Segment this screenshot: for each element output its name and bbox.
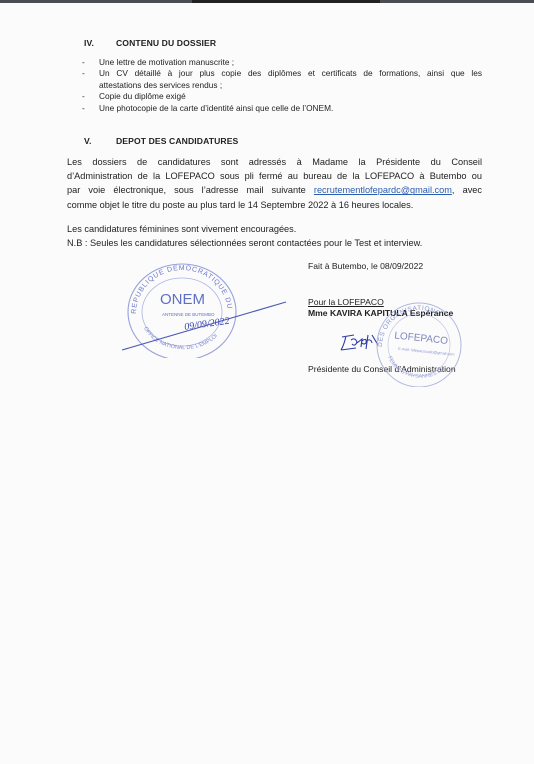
list-item: - Un CV détaillé à jour plus copie des d… xyxy=(82,68,482,91)
list-item: - Une lettre de motivation manuscrite ; xyxy=(82,57,482,68)
svg-text:ONEM: ONEM xyxy=(160,291,205,308)
email-link[interactable]: recrutementlofepardc@gmail.com xyxy=(314,185,452,195)
dossier-contents-list: - Une lettre de motivation manuscrite ; … xyxy=(82,57,482,114)
section-iv-title: CONTENU DU DOSSIER xyxy=(116,38,216,48)
section-v-heading: V.DEPOT DES CANDIDATURES xyxy=(84,136,238,146)
place-date: Fait à Butembo, le 08/09/2022 xyxy=(308,261,423,271)
svg-text:09/09/2022: 09/09/2022 xyxy=(184,316,231,333)
list-item: - Copie du diplôme exigé xyxy=(82,91,482,102)
svg-text:E-mail: lofepacocodo@gmail.com: E-mail: lofepacocodo@gmail.com xyxy=(398,347,455,357)
svg-text:OFFICE NATIONAL DE L'EMPLOI: OFFICE NATIONAL DE L'EMPLOI xyxy=(142,326,219,351)
submission-paragraph: Les dossiers de candidatures sont adress… xyxy=(67,155,482,212)
for-org: Pour la LOFEPACO xyxy=(308,297,384,307)
section-iv-number: IV. xyxy=(84,38,116,48)
encouragement-text: Les candidatures féminines sont vivement… xyxy=(67,224,296,234)
section-v-title: DEPOT DES CANDIDATURES xyxy=(116,136,238,146)
section-iv-heading: IV.CONTENU DU DOSSIER xyxy=(84,38,216,48)
handwritten-signature xyxy=(338,331,382,355)
signatory-name: Mme KAVIRA KAPITULA Espérance xyxy=(308,308,453,318)
svg-text:REPUBLIQUE DEMOCRATIQUE DU CON: REPUBLIQUE DEMOCRATIQUE DU CONGO xyxy=(118,258,233,314)
svg-text:LOFEPACO: LOFEPACO xyxy=(394,330,449,347)
svg-text:ANTENNE DE BUTEMBO: ANTENNE DE BUTEMBO xyxy=(162,312,215,317)
nb-note: N.B : Seules les candidatures sélectionn… xyxy=(67,238,422,248)
onem-stamp-icon: REPUBLIQUE DEMOCRATIQUE DU CONGO ONEM AN… xyxy=(118,258,288,358)
list-item: - Une photocopie de la carte d’identité … xyxy=(82,103,482,114)
document-page: IV.CONTENU DU DOSSIER - Une lettre de mo… xyxy=(0,3,534,764)
signatory-role: Présidente du Conseil d’Administration xyxy=(308,364,456,374)
section-v-number: V. xyxy=(84,136,116,146)
